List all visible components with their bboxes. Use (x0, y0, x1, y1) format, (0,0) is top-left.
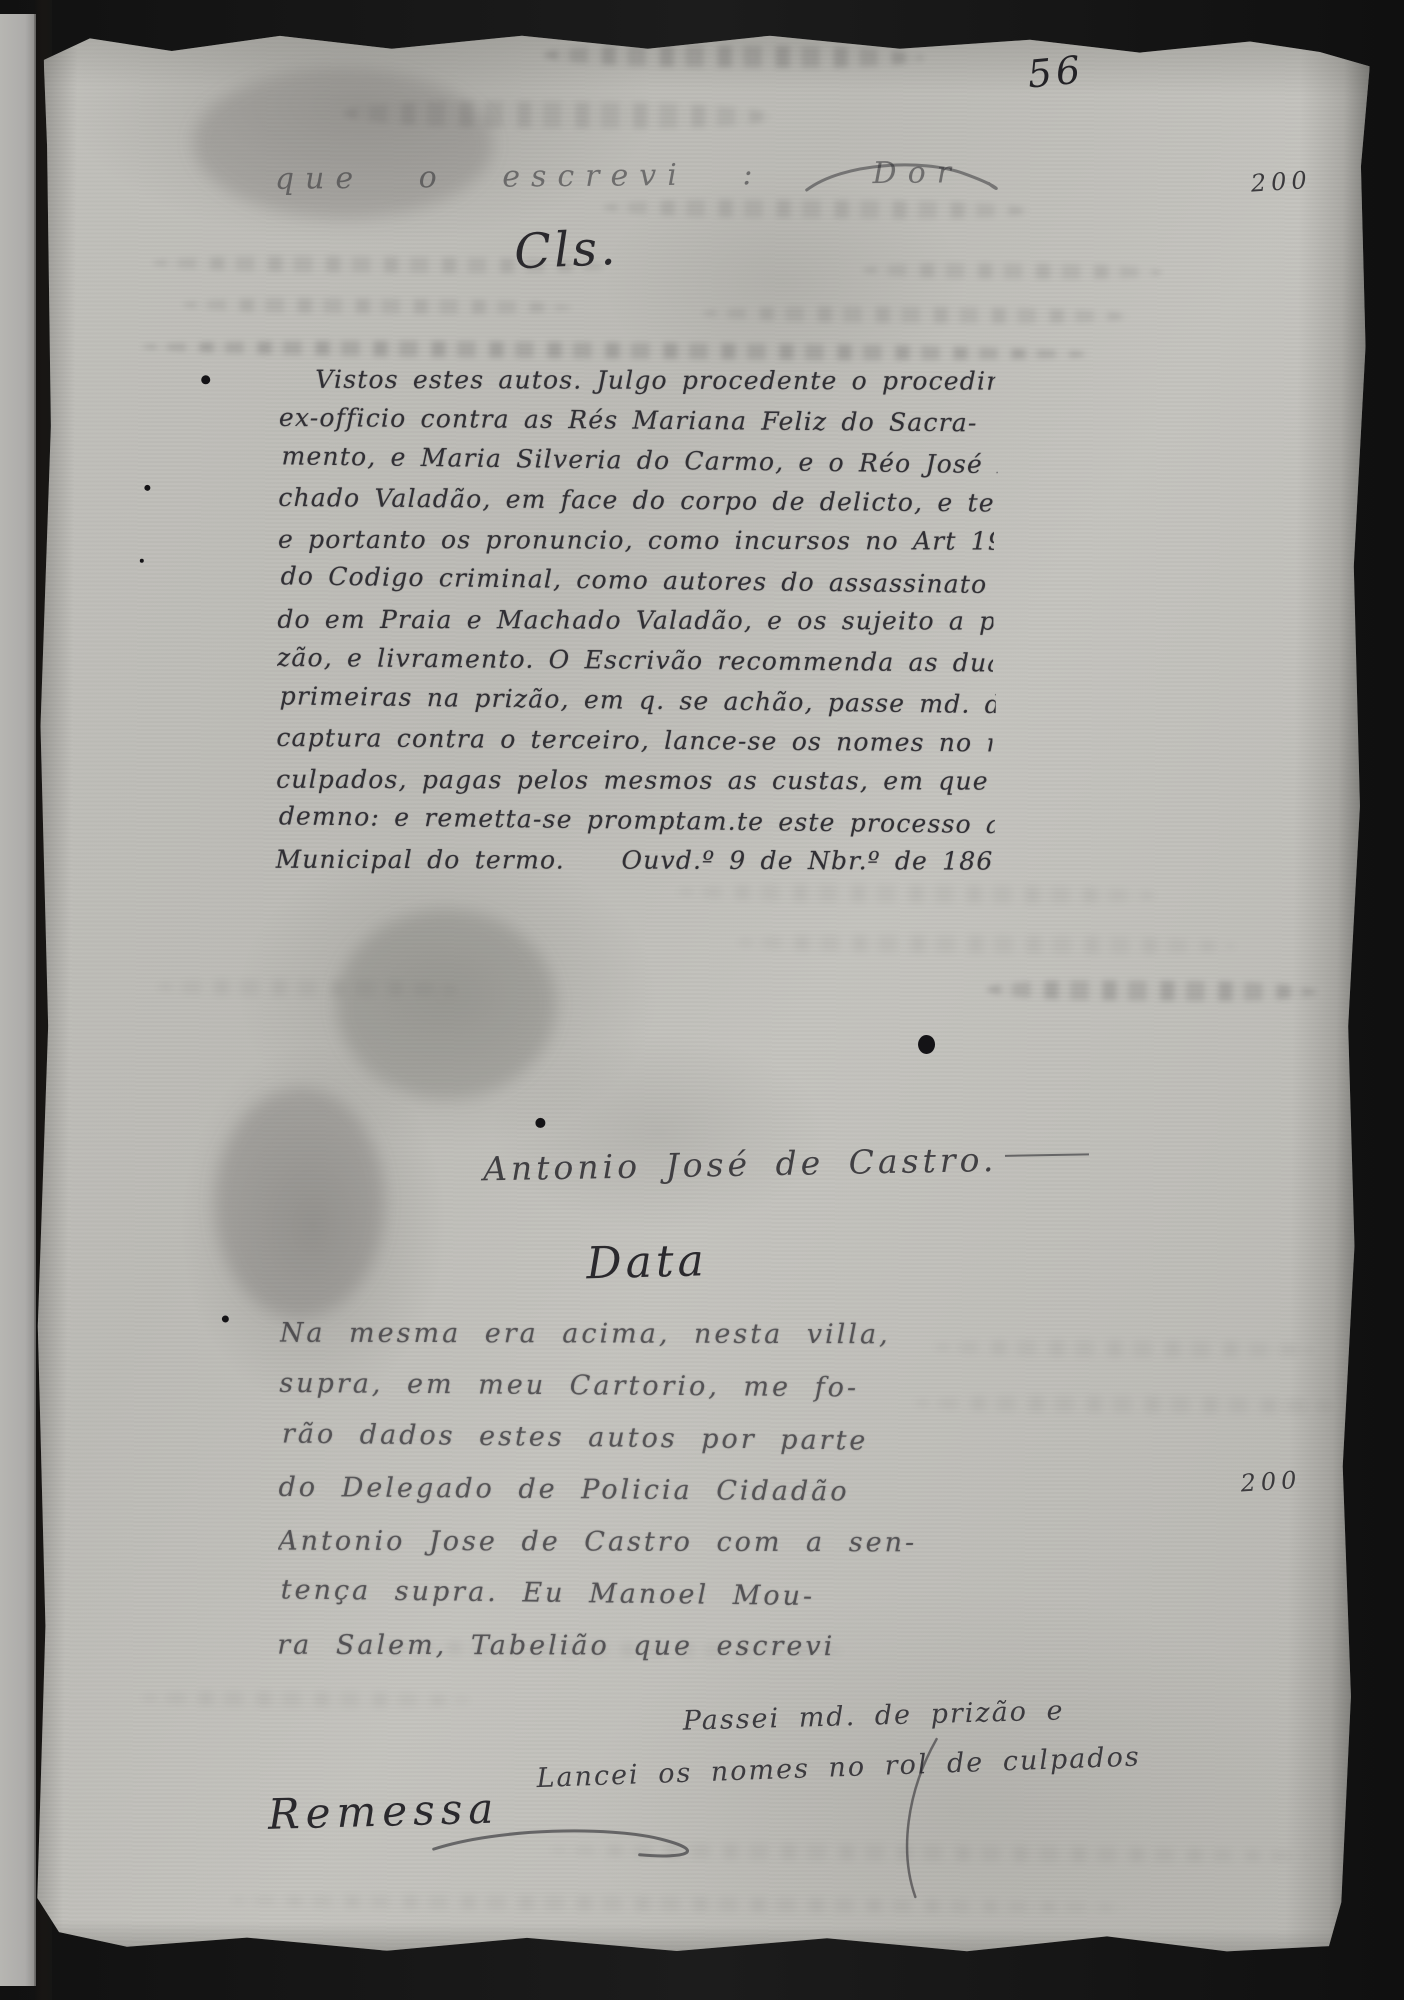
ink-blot (201, 375, 210, 384)
manuscript-line: captura contra o terceiro, lance-se os n… (276, 718, 992, 764)
bleed-through-smear (229, 1894, 1129, 1915)
adjacent-page-edge (0, 14, 36, 1986)
pen-flourish (885, 1733, 946, 1903)
pen-flourish (803, 152, 1003, 204)
pronuncia-paragraph: Vistos estes autos. Julgo procedente o p… (275, 358, 995, 884)
manuscript-line: do Delegado de Policia Cidadão (278, 1462, 958, 1519)
bleed-through-smear (141, 1691, 471, 1708)
ink-blot (222, 1315, 229, 1322)
bleed-through-smear (913, 1395, 1333, 1414)
manuscript-line: demno: e remetta-se promptam.te este pro… (279, 796, 995, 845)
pen-flourish (430, 1819, 690, 1871)
manuscript-line: do em Praia e Machado Valadão, e os suje… (277, 600, 993, 642)
bleed-through-smear (737, 933, 1237, 955)
bleed-through-smear (862, 262, 1162, 279)
manuscript-line: Na mesma era acima, nesta villa, (280, 1308, 960, 1362)
bleed-through-smear (986, 979, 1316, 1002)
folio-number: 56 (1026, 47, 1086, 96)
ink-blot (140, 559, 144, 563)
manuscript-line: culpados, pagas pelos mesmos as custas, … (276, 760, 992, 802)
manuscript-line: tença supra. Eu Manoel Mou- (280, 1564, 961, 1624)
ink-blot (497, 1952, 508, 1962)
judge-signature: Antonio José de Castro. (483, 1138, 1090, 1188)
bleed-through-smear (182, 297, 572, 315)
bleed-through-smear (934, 1339, 1314, 1358)
manuscript-line: do Codigo criminal, como autores do assa… (280, 556, 996, 605)
manuscript-line: rão dados estes autos por parte (282, 1408, 963, 1468)
data-paragraph: Na mesma era acima, nesta villa, supra, … (277, 1306, 960, 1675)
manuscript-line: Municipal do termo. Ouvd.º 9 de Nbr.º de… (275, 840, 991, 882)
manuscript-page: 56 que o escrevi : Dor 200 Cls. Vistos e… (29, 26, 1370, 1968)
bleed-through-smear (677, 883, 1157, 905)
bleed-through-smear (702, 305, 1132, 324)
margin-note-bottom: 200 (1240, 1466, 1302, 1498)
manuscript-line: chado Valadão, em face do corpo de delic… (278, 478, 994, 524)
heading-conclusao: Cls. (513, 220, 619, 281)
manuscript-line: e portanto os pronuncio, como incursos n… (278, 520, 994, 562)
manuscript-line: Antonio Jose de Castro com a sen- (278, 1516, 958, 1570)
ink-blot (535, 1118, 545, 1128)
manuscript-scan: 56 que o escrevi : Dor 200 Cls. Vistos e… (0, 0, 1404, 2000)
paper-stain (193, 67, 494, 219)
manuscript-line: supra, em meu Cartorio, me fo- (279, 1358, 959, 1415)
closing-note-line: Passei md. de prizão e (682, 1695, 1065, 1736)
ink-blot (918, 1035, 935, 1054)
manuscript-line: ra Salem, Tabelião que escrevi (277, 1620, 957, 1674)
heading-data: Data (586, 1235, 709, 1289)
paper-stain (214, 1087, 386, 1318)
bleed-through-smear (544, 44, 924, 69)
manuscript-line: Vistos estes autos. Julgo procedente o p… (279, 360, 995, 402)
paper-stain (336, 908, 557, 1100)
margin-note-top: 200 (1250, 166, 1312, 198)
ink-blot (144, 485, 150, 491)
closing-note-line: Lancei os nomes no rol de culpados (536, 1741, 1141, 1794)
